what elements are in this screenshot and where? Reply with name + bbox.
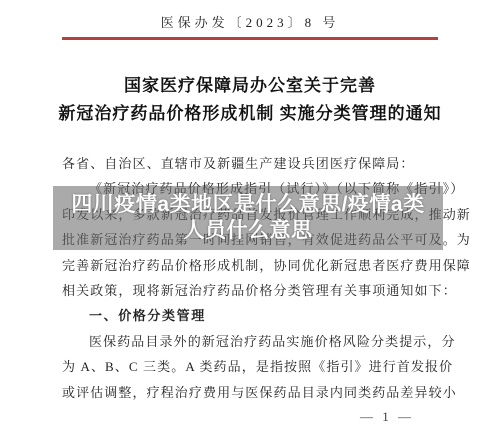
body-text-line: 各省、自治区、直辖市及新疆生产建设兵团医疗保障局： <box>62 151 439 176</box>
scanned-document-page: 医保办发〔2023〕8 号 国家医疗保障局办公室关于完善 新冠治疗药品价格形成机… <box>0 0 500 437</box>
body-text-line: 医保药品目录外的新冠治疗药品实施价格风险分类提示，分 <box>62 329 439 354</box>
document-title-line-1: 国家医疗保障局办公室关于完善 <box>0 72 500 100</box>
caption-overlay-line-2: 人员什么意思 <box>184 218 313 244</box>
page-number: — 1 — <box>360 409 414 425</box>
caption-overlay: 四川疫情a类地区是什么意思/疫情a类 人员什么意思 <box>53 186 443 250</box>
body-text-line: 完善新冠治疗药品价格形成机制，协同优化新冠患者医疗费用保障 <box>62 253 439 278</box>
document-title-line-2: 新冠治疗药品价格形成机制 实施分类管理的通知 <box>0 100 500 128</box>
red-header-divider <box>62 37 438 40</box>
document-number: 医保办发〔2023〕8 号 <box>0 12 500 31</box>
body-text-line: 为 A、B、C 三类。A 类药品，是指按照《指引》进行首发报价 <box>62 354 439 379</box>
body-text-line: 或评估调整，疗程治疗费用与医保药品目录内同类药品差异较小 <box>62 380 439 405</box>
caption-overlay-line-1: 四川疫情a类地区是什么意思/疫情a类 <box>71 192 424 218</box>
body-text-line: 相关政策，现将新冠治疗药品价格分类管理有关事项通知如下： <box>62 278 439 303</box>
document-title: 国家医疗保障局办公室关于完善 新冠治疗药品价格形成机制 实施分类管理的通知 <box>0 72 500 128</box>
body-section-heading: 一、价格分类管理 <box>62 303 439 328</box>
